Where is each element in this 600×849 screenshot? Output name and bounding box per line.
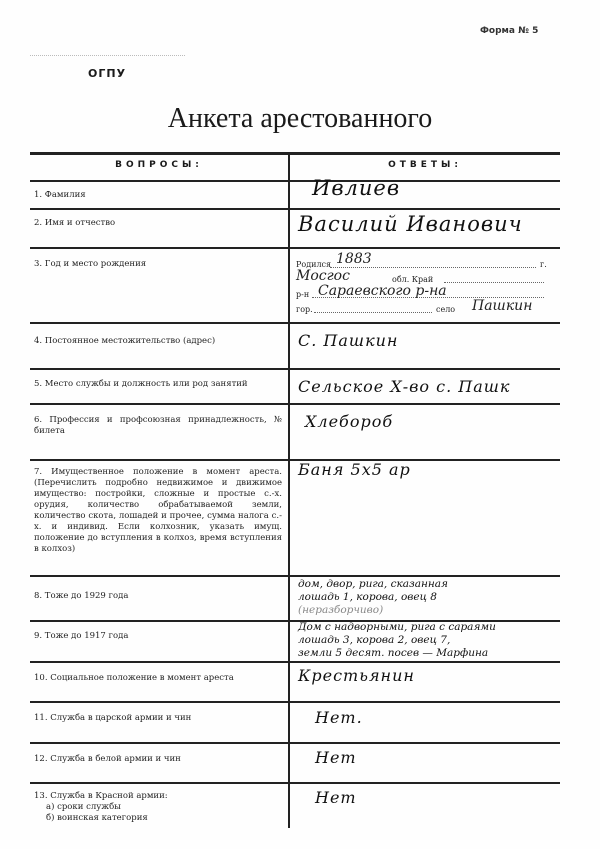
- table-rule: [30, 575, 560, 577]
- form-number: Форма № 5: [480, 26, 538, 36]
- answer-8-line: дом, двор, рига, сказанная: [298, 578, 448, 591]
- table-rule: [30, 208, 560, 210]
- village-label: село: [436, 305, 455, 314]
- answer-9: Дом с надворными, рига с сараями лошадь …: [298, 621, 496, 660]
- answer-1: Ивлиев: [312, 176, 400, 200]
- document-page: Форма № 5 ОГПУ Анкета арестованного ВОПР…: [0, 0, 600, 849]
- answer-5: Сельское Х-во с. Пашк: [298, 377, 510, 396]
- birth-district: Сараевского р-на: [318, 283, 447, 299]
- birth-block: Родился 1883 г. Мосгос обл. Край р-н Сар…: [296, 256, 550, 316]
- city-label: гор.: [296, 305, 313, 314]
- answer-7: Баня 5х5 ар: [298, 460, 411, 479]
- question-6: 6. Профессия и профсоюзная принадлежност…: [34, 415, 282, 437]
- answer-9-line: Дом с надворными, рига с сараями: [298, 621, 496, 634]
- page-title: Анкета арестованного: [0, 103, 600, 135]
- answer-8-line: лошадь 1, корова, овец 8: [298, 591, 448, 604]
- question-2: 2. Имя и отчество: [34, 218, 282, 229]
- table-rule: [30, 403, 560, 405]
- fill-line: [314, 312, 432, 313]
- question-13: 13. Служба в Красной армии: а) сроки слу…: [34, 791, 282, 824]
- answer-8: дом, двор, рига, сказанная лошадь 1, кор…: [298, 578, 448, 617]
- organization-label: ОГПУ: [88, 67, 126, 80]
- table-rule: [30, 701, 560, 703]
- answer-6: Хлебороб: [305, 412, 393, 431]
- table-rule: [30, 247, 560, 249]
- answer-4: С. Пашкин: [298, 331, 398, 350]
- question-13-sub-b: б) воинская категория: [34, 813, 282, 824]
- answer-13: Нет: [315, 788, 357, 807]
- table-rule: [30, 459, 560, 461]
- question-13-sub-a: а) сроки службы: [34, 802, 282, 813]
- birth-village: Пашкин: [472, 298, 532, 314]
- table-rule: [30, 742, 560, 744]
- answer-9-line: земли 5 десят. посев — Марфина: [298, 647, 496, 660]
- table-rule: [30, 368, 560, 370]
- question-8: 8. Тоже до 1929 года: [34, 591, 282, 602]
- question-13-label: 13. Служба в Красной армии:: [34, 791, 168, 801]
- answer-10: Крестьянин: [298, 666, 415, 685]
- fill-line: [330, 267, 536, 268]
- answer-8-line: (неразборчиво): [298, 604, 448, 617]
- question-10: 10. Социальное положение в момент ареста: [34, 673, 282, 684]
- district-label: р-н: [296, 290, 309, 299]
- question-3: 3. Год и место рождения: [34, 259, 282, 270]
- table-rule: [30, 661, 560, 663]
- question-4: 4. Постоянное местожительство (адрес): [34, 336, 282, 347]
- question-1: 1. Фамилия: [34, 190, 282, 201]
- answer-9-line: лошадь 3, корова 2, овец 7,: [298, 634, 496, 647]
- question-7: 7. Имущественное положение в момент арес…: [34, 467, 282, 555]
- questions-header: ВОПРОСЫ:: [30, 160, 288, 170]
- question-11: 11. Служба в царской армии и чин: [34, 713, 282, 724]
- answer-2: Василий Иванович: [298, 212, 523, 236]
- question-12: 12. Служба в белой армии и чин: [34, 754, 282, 765]
- table-top-rule: [30, 152, 560, 155]
- table-rule: [30, 180, 560, 182]
- column-divider: [288, 155, 290, 828]
- question-5: 5. Место службы и должность или род заня…: [34, 379, 282, 390]
- table-rule: [30, 782, 560, 784]
- question-9: 9. Тоже до 1917 года: [34, 631, 282, 642]
- answers-header: ОТВЕТЫ:: [290, 160, 560, 170]
- table-rule: [30, 322, 560, 324]
- fill-line: [444, 282, 544, 283]
- birth-region: Мосгос: [296, 268, 350, 284]
- year-suffix: г.: [540, 260, 547, 269]
- birth-year: 1883: [336, 251, 372, 267]
- stamp-line: [30, 55, 185, 56]
- answer-12: Нет: [315, 748, 357, 767]
- answer-11: Нет.: [315, 708, 363, 727]
